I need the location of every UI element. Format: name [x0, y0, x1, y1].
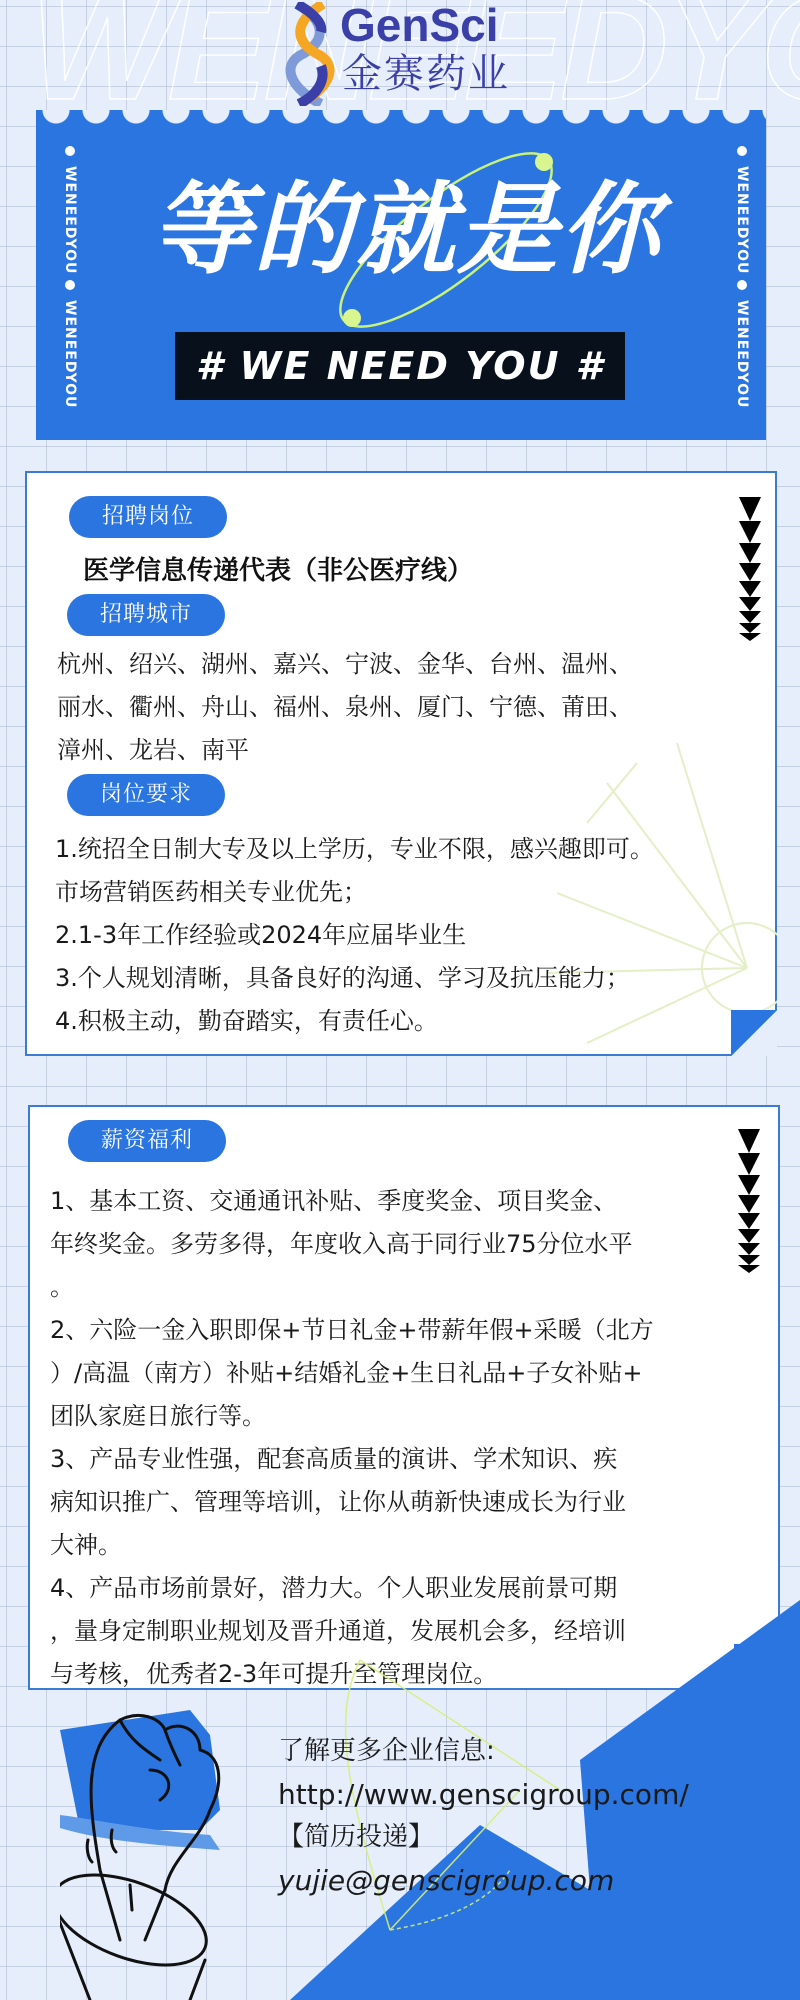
- benefit-line: 年终奖金。多劳多得，年度收入高于同行业75分位水平: [50, 1223, 654, 1266]
- benefit-line: 。: [50, 1266, 654, 1309]
- logo-chinese: 金赛药业: [342, 50, 510, 98]
- cities-line: 漳州、龙岩、南平: [57, 729, 633, 772]
- requirement-line: 1.统招全日制大专及以上学历，专业不限，感兴趣即可。: [55, 828, 654, 871]
- position-title: 医学信息传递代表（非公医疗线）: [83, 550, 473, 587]
- cities-label-pill: 招聘城市: [67, 594, 225, 636]
- hero-banner: WENEEDYOU WENEEDYOU WENEEDYOU WENEEDYOU …: [36, 110, 766, 440]
- logo-english: GenSci: [340, 0, 499, 51]
- benefit-line: 2、六险一金入职即保+节日礼金+带薪年假+采暖（北方: [50, 1309, 654, 1352]
- side-word: WENEEDYOU: [62, 300, 78, 408]
- side-word: WENEEDYOU: [62, 166, 78, 274]
- requirements-label-pill: 岗位要求: [67, 774, 225, 816]
- benefit-line: 病知识推广、管理等培训，让你从萌新快速成长为行业: [50, 1481, 654, 1524]
- tagline: # WE NEED YOU #: [175, 332, 625, 400]
- job-card: 招聘岗位 医学信息传递代表（非公医疗线） 招聘城市 杭州、绍兴、湖州、嘉兴、宁波…: [25, 471, 777, 1056]
- dot-icon: [737, 146, 747, 156]
- email-link[interactable]: yujie@genscigroup.com: [278, 1859, 689, 1902]
- hero-title: 等的就是你: [106, 170, 706, 290]
- dot-icon: [737, 280, 747, 290]
- requirement-line: 3.个人规划清晰，具备良好的沟通、学习及抗压能力；: [55, 957, 654, 1000]
- benefit-line: 大神。: [50, 1524, 654, 1567]
- down-arrows-icon: [738, 1129, 760, 1279]
- requirement-line: 市场营销医药相关专业优先；: [55, 871, 654, 914]
- dna-helix-icon: [285, 2, 335, 106]
- dot-icon: [65, 146, 75, 156]
- side-text-left: WENEEDYOU WENEEDYOU: [60, 140, 80, 430]
- raised-fist-illustration: [60, 1710, 280, 2000]
- side-word: WENEEDYOU: [734, 300, 750, 408]
- requirements-list: 1.统招全日制大专及以上学历，专业不限，感兴趣即可。 市场营销医药相关专业优先；…: [55, 828, 654, 1043]
- resume-label: 【简历投递】: [278, 1816, 689, 1859]
- page-fold-corner: [731, 1010, 777, 1056]
- down-arrows-icon: [739, 497, 761, 647]
- more-info-label: 了解更多企业信息:: [278, 1730, 689, 1773]
- cities-list: 杭州、绍兴、湖州、嘉兴、宁波、金华、台州、温州、 丽水、衢州、舟山、福州、泉州、…: [57, 643, 633, 772]
- requirement-line: 2.1-3年工作经验或2024年应届毕业生: [55, 914, 654, 957]
- cities-line: 丽水、衢州、舟山、福州、泉州、厦门、宁德、莆田、: [57, 686, 633, 729]
- side-text-right: WENEEDYOU WENEEDYOU: [732, 140, 752, 430]
- cities-line: 杭州、绍兴、湖州、嘉兴、宁波、金华、台州、温州、: [57, 643, 633, 686]
- dot-icon: [65, 280, 75, 290]
- benefit-line: 团队家庭日旅行等。: [50, 1395, 654, 1438]
- website-link[interactable]: http://www.genscigroup.com/: [278, 1773, 689, 1816]
- gensci-logo: GenSci 金赛药业: [285, 0, 535, 108]
- position-label-pill: 招聘岗位: [69, 496, 227, 538]
- benefits-label-pill: 薪资福利: [68, 1120, 226, 1162]
- benefit-line: 1、基本工资、交通通讯补贴、季度奖金、项目奖金、: [50, 1180, 654, 1223]
- scalloped-edge: [36, 110, 766, 128]
- requirement-line: 4.积极主动，勤奋踏实，有责任心。: [55, 1000, 654, 1043]
- benefit-line: 3、产品专业性强，配套高质量的演讲、学术知识、疾: [50, 1438, 654, 1481]
- benefit-line: ）/高温（南方）补贴+结婚礼金+生日礼品+子女补贴+: [50, 1352, 654, 1395]
- contact-block: 了解更多企业信息: http://www.genscigroup.com/ 【简…: [278, 1730, 689, 1902]
- side-word: WENEEDYOU: [734, 166, 750, 274]
